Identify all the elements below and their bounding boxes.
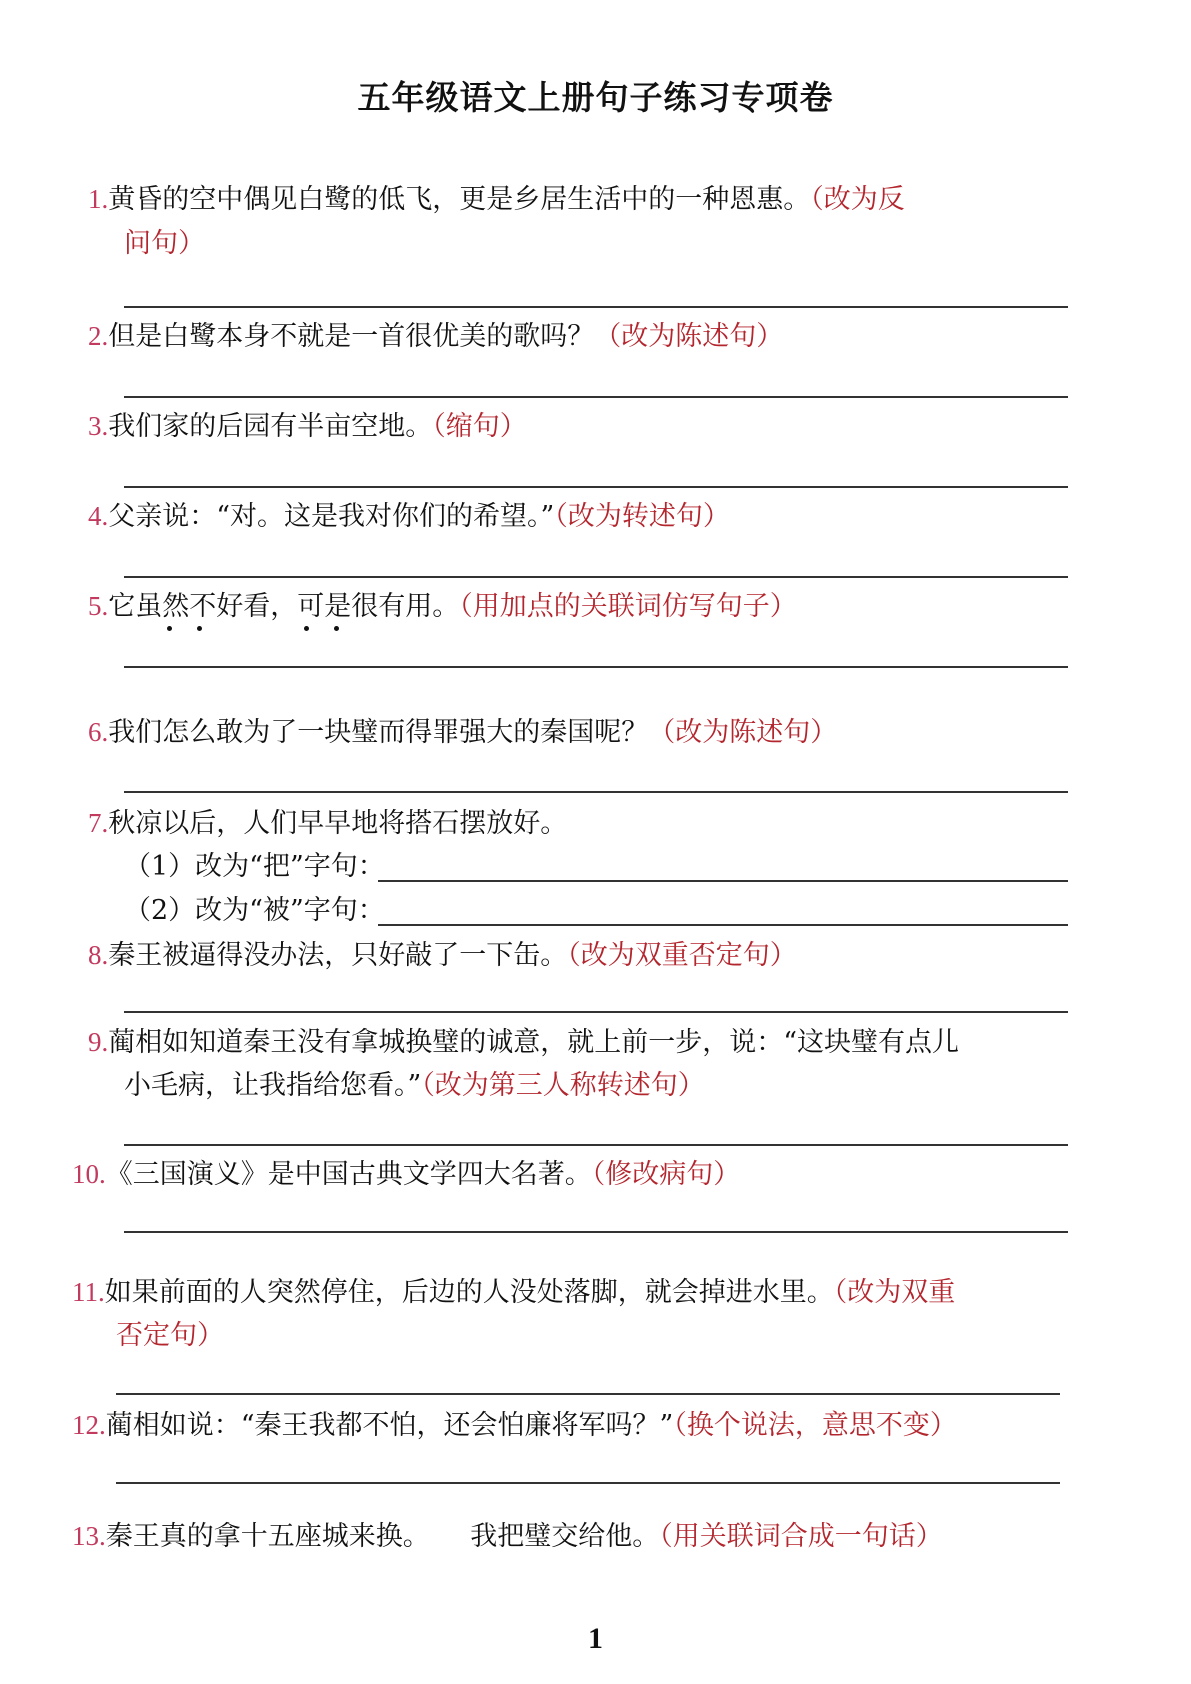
question-instruction: （改为反 — [810, 184, 905, 215]
question-3: 3.我们家的后园有半亩空地。（缩句） — [88, 404, 527, 449]
question-1: 1.黄昏的空中偶见白鹭的低飞，更是乡居生活中的一种恩惠。（改为反 — [88, 177, 905, 222]
answer-line-8[interactable] — [124, 1011, 1068, 1013]
page-title: 五年级语文上册句子练习专项卷 — [0, 72, 1191, 119]
question-7: 7.秋凉以后，人们早早地将搭石摆放好。 — [88, 801, 567, 846]
question-text: 蔺相如说：“秦王我都不怕，还会怕廉将军吗？” — [106, 1410, 674, 1441]
question-7-sub-2: （2）改为“被”字句： — [124, 889, 385, 933]
question-text: 秦王被逼得没办法，只好敲了一下缶。 — [108, 940, 567, 971]
question-11: 11.如果前面的人突然停住，后边的人没处落脚，就会掉进水里。（改为双重 — [72, 1270, 955, 1315]
emphasis-dot — [334, 626, 339, 631]
question-text: 我们家的后园有半亩空地。 — [108, 411, 432, 442]
answer-line-1[interactable] — [124, 306, 1068, 308]
answer-line-2[interactable] — [124, 396, 1068, 398]
question-9-cont: 小毛病，让我指给您看。”（改为第三人称转述句） — [124, 1064, 705, 1108]
answer-line-4[interactable] — [124, 576, 1068, 578]
question-8: 8.秦王被逼得没办法，只好敲了一下缶。（改为双重否定句） — [88, 933, 797, 978]
answer-line-5[interactable] — [124, 666, 1068, 668]
answer-line-10[interactable] — [124, 1231, 1068, 1233]
question-number: 11. — [72, 1277, 105, 1307]
question-text: 《三国演义》是中国古典文学四大名著。 — [106, 1159, 592, 1190]
question-instruction: （改为陈述句） — [648, 717, 837, 748]
question-instruction: （改为陈述句） — [594, 321, 783, 352]
question-9: 9.蔺相如知道秦王没有拿城换璧的诚意，就上前一步，说：“这块璧有点儿 — [88, 1020, 959, 1065]
question-text: 父亲说：“对。这是我对你们的希望。” — [108, 501, 554, 532]
question-instruction: （缩句） — [432, 411, 527, 442]
question-13: 13.秦王真的拿十五座城来换。 我把璧交给他。（用关联词合成一句话） — [72, 1514, 943, 1559]
question-6: 6.我们怎么敢为了一块璧而得罪强大的秦国呢？（改为陈述句） — [88, 710, 837, 755]
answer-line-9[interactable] — [124, 1144, 1068, 1146]
question-number: 5. — [88, 591, 108, 621]
emphasis-dot — [197, 626, 202, 631]
question-number: 12. — [72, 1410, 106, 1440]
answer-line-7-1[interactable] — [378, 880, 1068, 882]
question-number: 13. — [72, 1521, 106, 1551]
question-instruction: （换个说法，意思不变） — [673, 1410, 957, 1441]
question-number: 1. — [88, 184, 108, 214]
question-5: 5.它虽然不好看，可是很有用。（用加点的关联词仿写句子） — [88, 584, 797, 629]
question-instruction: （修改病句） — [592, 1159, 741, 1190]
question-text: 秋凉以后，人们早早地将搭石摆放好。 — [108, 808, 567, 839]
emphasis-dot — [304, 626, 309, 631]
question-number: 9. — [88, 1027, 108, 1057]
question-instruction: （用关联词合成一句话） — [659, 1521, 943, 1552]
question-number: 3. — [88, 411, 108, 441]
question-text: 我们怎么敢为了一块璧而得罪强大的秦国呢？ — [108, 717, 648, 748]
question-text: 黄昏的空中偶见白鹭的低飞，更是乡居生活中的一种恩惠。 — [108, 184, 810, 215]
question-2: 2.但是白鹭本身不就是一首很优美的歌吗？（改为陈述句） — [88, 314, 783, 359]
question-number: 8. — [88, 940, 108, 970]
question-number: 4. — [88, 501, 108, 531]
answer-line-7-2[interactable] — [378, 924, 1068, 926]
question-11-instruction-cont: 否定句） — [116, 1314, 224, 1358]
question-instruction: （改为双重否定句） — [567, 940, 797, 971]
question-number: 2. — [88, 321, 108, 351]
question-4: 4.父亲说：“对。这是我对你们的希望。”（改为转述句） — [88, 494, 730, 539]
answer-line-6[interactable] — [124, 791, 1068, 793]
question-10: 10.《三国演义》是中国古典文学四大名著。（修改病句） — [72, 1152, 740, 1197]
question-number: 7. — [88, 808, 108, 838]
question-1-instruction-cont: 问句） — [124, 222, 205, 266]
question-instruction: （改为第三人称转述句） — [421, 1070, 705, 1101]
question-text: 但是白鹭本身不就是一首很优美的歌吗？ — [108, 321, 594, 352]
question-text: 蔺相如知道秦王没有拿城换璧的诚意，就上前一步，说：“这块璧有点儿 — [108, 1027, 959, 1058]
question-text: 如果前面的人突然停住，后边的人没处落脚，就会掉进水里。 — [105, 1277, 834, 1308]
question-number: 10. — [72, 1159, 106, 1189]
answer-line-3[interactable] — [124, 486, 1068, 488]
page-number: 1 — [0, 1622, 1191, 1656]
emphasis-dot — [167, 626, 172, 631]
answer-line-11[interactable] — [116, 1393, 1060, 1395]
answer-line-12[interactable] — [116, 1482, 1060, 1484]
question-instruction: （用加点的关联词仿写句子） — [459, 591, 797, 622]
question-text: 它虽然不好看，可是很有用。 — [108, 591, 459, 622]
question-text: 秦王真的拿十五座城来换。 我把璧交给他。 — [106, 1521, 660, 1552]
question-7-sub-1: （1）改为“把”字句： — [124, 845, 385, 889]
question-text: 小毛病，让我指给您看。” — [124, 1070, 421, 1101]
question-number: 6. — [88, 717, 108, 747]
question-12: 12.蔺相如说：“秦王我都不怕，还会怕廉将军吗？”（换个说法，意思不变） — [72, 1403, 957, 1448]
question-instruction: （改为双重 — [834, 1277, 956, 1308]
question-instruction: （改为转述句） — [554, 501, 730, 532]
